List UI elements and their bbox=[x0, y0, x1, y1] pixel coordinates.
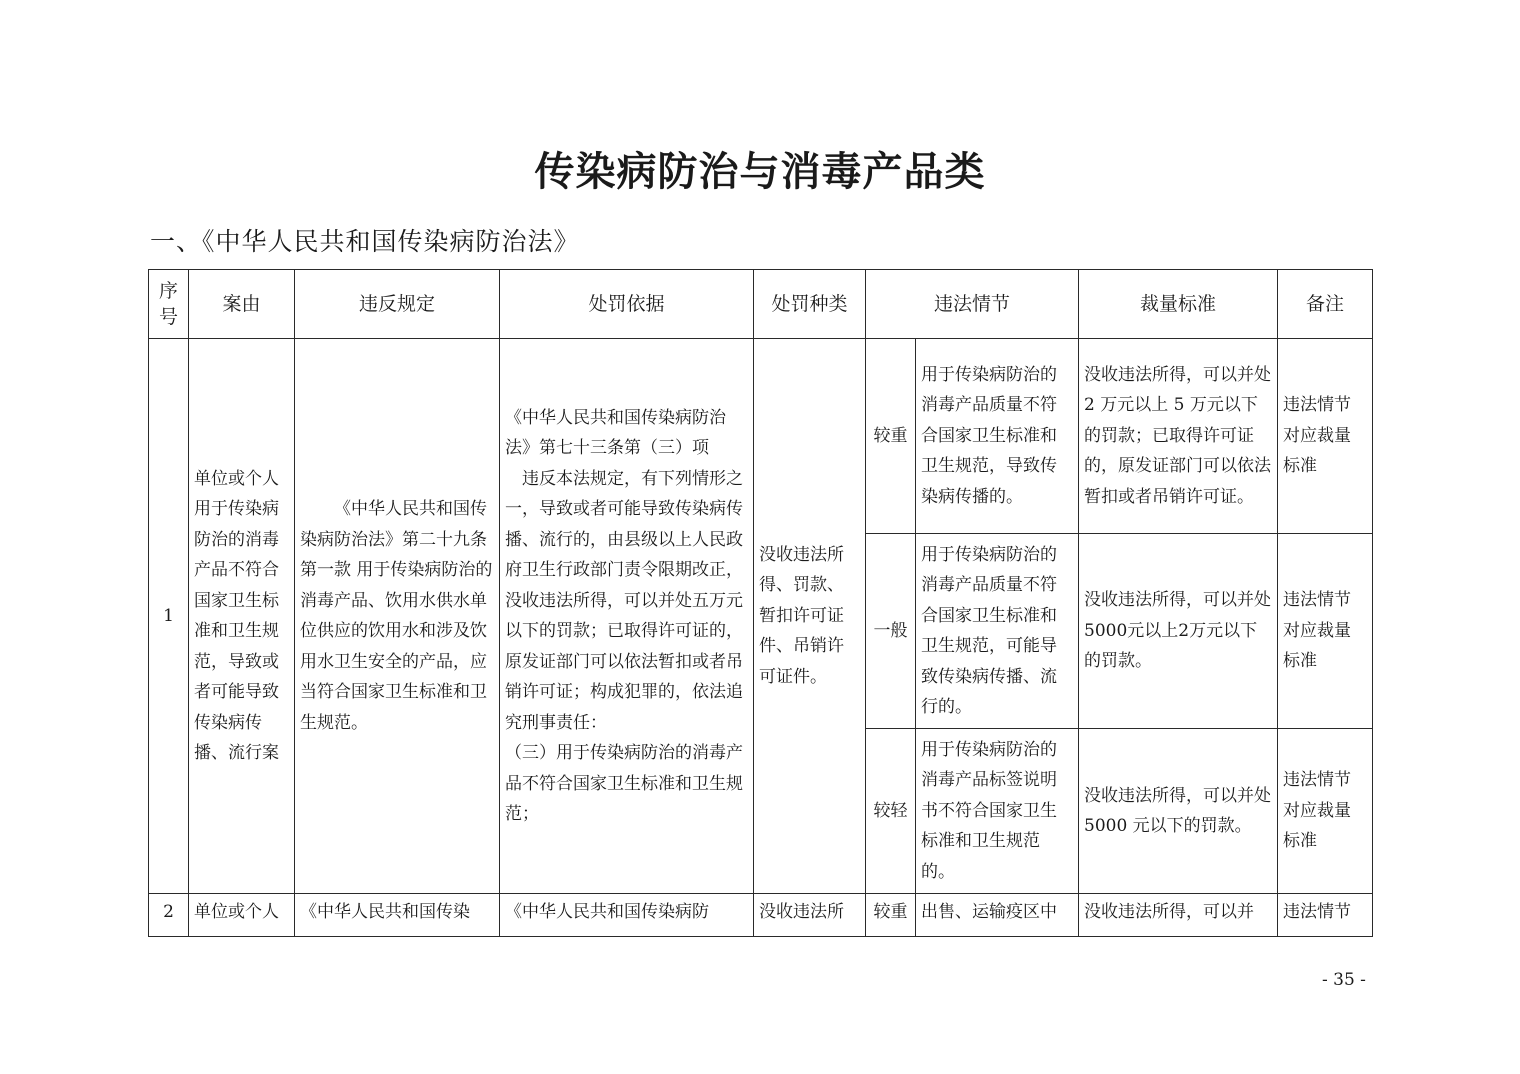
row-penalty-type: 没收违法所得、罚款、暂扣许可证件、吊销许可证件。 bbox=[754, 339, 866, 894]
row-penalty-type: 没收违法所 bbox=[754, 894, 866, 937]
header-standard: 裁量标准 bbox=[1079, 270, 1278, 339]
level-standard: 没收违法所得，可以并处 5000 元以下的罚款。 bbox=[1079, 729, 1278, 894]
row-violation: 《中华人民共和国传染病防治法》第二十九条第一款 用于传染病防治的消毒产品、饮用水… bbox=[295, 339, 500, 894]
header-violation: 违反规定 bbox=[295, 270, 500, 339]
level-circumstance: 用于传染病防治的消毒产品质量不符合国家卫生标准和卫生规范，可能导致传染病传播、流… bbox=[916, 534, 1079, 729]
basis-title: 《中华人民共和国传染病防治法》第七十三条第（三）项 bbox=[505, 403, 748, 464]
header-circumstance: 违法情节 bbox=[866, 270, 1079, 339]
level-circumstance: 用于传染病防治的消毒产品标签说明书不符合国家卫生标准和卫生规范的。 bbox=[916, 729, 1079, 894]
level-label: 较轻 bbox=[866, 729, 916, 894]
level-label: 较重 bbox=[866, 339, 916, 534]
level-circumstance: 用于传染病防治的消毒产品质量不符合国家卫生标准和卫生规范，导致传染病传播的。 bbox=[916, 339, 1079, 534]
header-row: 序号 案由 违反规定 处罚依据 处罚种类 违法情节 裁量标准 备注 bbox=[149, 270, 1373, 339]
header-case: 案由 bbox=[189, 270, 295, 339]
row-violation: 《中华人民共和国传染 bbox=[295, 894, 500, 937]
table-row: 1 单位或个人用于传染病防治的消毒产品不符合国家卫生标准和卫生规范，导致或者可能… bbox=[149, 339, 1373, 534]
header-penalty-type: 处罚种类 bbox=[754, 270, 866, 339]
level-remark: 违法情节对应裁量标准 bbox=[1278, 339, 1373, 534]
row-case: 单位或个人 bbox=[189, 894, 295, 937]
document-title: 传染病防治与消毒产品类 bbox=[0, 140, 1520, 197]
level-circumstance: 出售、运输疫区中 bbox=[916, 894, 1079, 937]
header-remark: 备注 bbox=[1278, 270, 1373, 339]
level-label: 较重 bbox=[866, 894, 916, 937]
row-basis: 《中华人民共和国传染病防 bbox=[500, 894, 754, 937]
level-remark: 违法情节对应裁量标准 bbox=[1278, 534, 1373, 729]
row-case: 单位或个人用于传染病防治的消毒产品不符合国家卫生标准和卫生规范，导致或者可能导致… bbox=[189, 339, 295, 894]
level-remark: 违法情节 bbox=[1278, 894, 1373, 937]
header-seq: 序号 bbox=[149, 270, 189, 339]
penalty-table: 序号 案由 违反规定 处罚依据 处罚种类 违法情节 裁量标准 备注 1 单位或个… bbox=[148, 269, 1373, 937]
basis-item: （三）用于传染病防治的消毒产品不符合国家卫生标准和卫生规范； bbox=[505, 738, 748, 830]
level-standard: 没收违法所得，可以并 bbox=[1079, 894, 1278, 937]
level-standard: 没收违法所得，可以并处5000元以上2万元以下的罚款。 bbox=[1079, 534, 1278, 729]
row-seq: 2 bbox=[149, 894, 189, 937]
table-row: 2 单位或个人 《中华人民共和国传染 《中华人民共和国传染病防 没收违法所 较重… bbox=[149, 894, 1373, 937]
header-basis: 处罚依据 bbox=[500, 270, 754, 339]
basis-body: 违反本法规定，有下列情形之一，导致或者可能导致传染病传播、流行的，由县级以上人民… bbox=[505, 464, 748, 739]
row-seq: 1 bbox=[149, 339, 189, 894]
page-number: - 35 - bbox=[1322, 970, 1366, 990]
section-heading: 一、《中华人民共和国传染病防治法》 bbox=[150, 222, 580, 258]
level-remark: 违法情节对应裁量标准 bbox=[1278, 729, 1373, 894]
row-basis: 《中华人民共和国传染病防治法》第七十三条第（三）项 违反本法规定，有下列情形之一… bbox=[500, 339, 754, 894]
level-standard: 没收违法所得，可以并处 2 万元以上 5 万元以下的罚款；已取得许可证的，原发证… bbox=[1079, 339, 1278, 534]
level-label: 一般 bbox=[866, 534, 916, 729]
